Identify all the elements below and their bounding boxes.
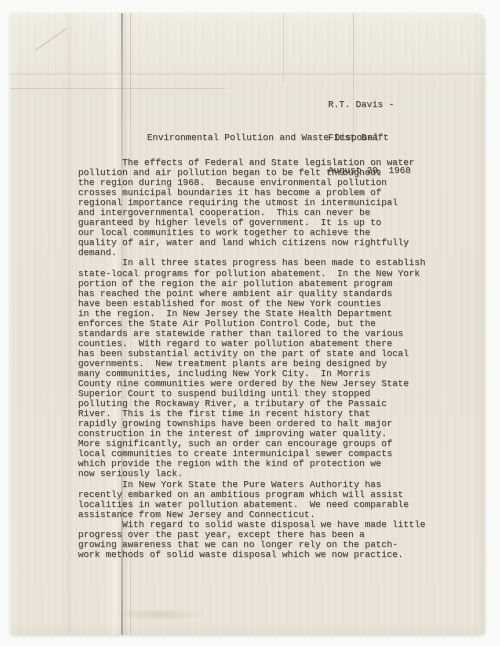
- paragraph-4: With regard to solid waste disposal we h…: [78, 520, 425, 560]
- header-author: R.T. Davis -: [328, 99, 411, 110]
- paragraph-2: In all three states progress has been ma…: [78, 258, 425, 479]
- paragraph-1: The effects of Federal and State legisla…: [78, 158, 425, 258]
- paper-top-band: [10, 13, 485, 75]
- document-title: Environmental Pollution and Waste Dispos…: [147, 132, 379, 143]
- document-page: R.T. Davis - First Draft August 20, 1968…: [10, 13, 485, 635]
- paragraph-3: In New York State the Pure Waters Author…: [78, 480, 425, 520]
- document-body: The effects of Federal and State legisla…: [78, 158, 425, 560]
